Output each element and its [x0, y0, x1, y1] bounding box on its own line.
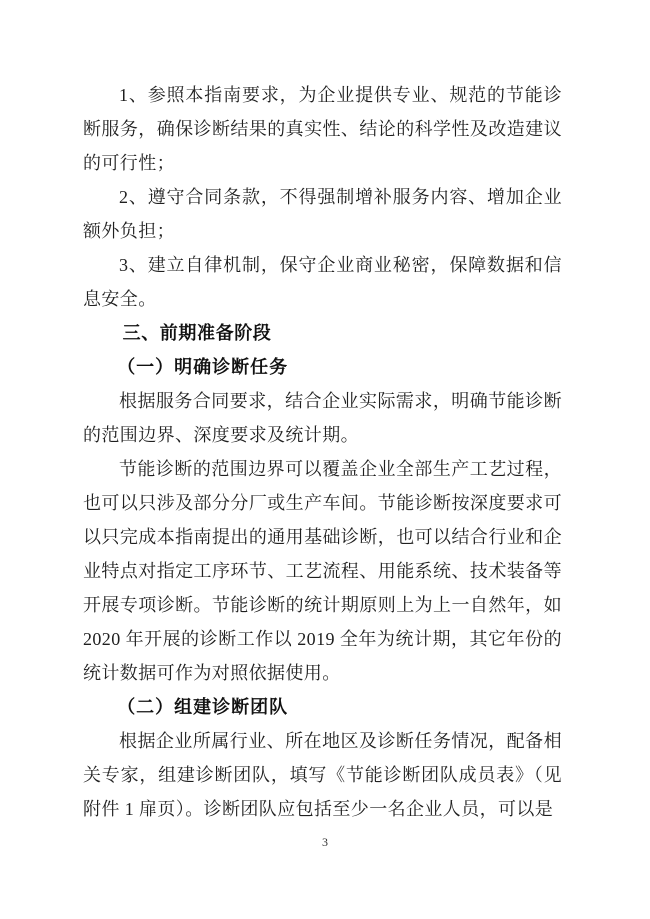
subsection-heading-clarify-diagnosis-task: （一）明确诊断任务 — [83, 350, 562, 384]
paragraph-diagnosis-task-2: 节能诊断的范围边界可以覆盖企业全部生产工艺过程，也可以只涉及部分分厂或生产车间。… — [83, 452, 562, 690]
subsection-heading-build-diagnosis-team: （二）组建诊断团队 — [83, 690, 562, 724]
document-page: 1、参照本指南要求，为企业提供专业、规范的节能诊断服务，确保诊断结果的真实性、结… — [0, 0, 650, 919]
section-heading-preparation-stage: 三、前期准备阶段 — [83, 316, 562, 350]
paragraph-diagnosis-team-1: 根据企业所属行业、所在地区及诊断任务情况，配备相关专家，组建诊断团队，填写《节能… — [83, 724, 562, 826]
numbered-item-2: 2、遵守合同条款，不得强制增补服务内容、增加企业额外负担； — [83, 180, 562, 248]
paragraph-diagnosis-task-1: 根据服务合同要求，结合企业实际需求，明确节能诊断的范围边界、深度要求及统计期。 — [83, 384, 562, 452]
numbered-item-1: 1、参照本指南要求，为企业提供专业、规范的节能诊断服务，确保诊断结果的真实性、结… — [83, 78, 562, 180]
document-body: 1、参照本指南要求，为企业提供专业、规范的节能诊断服务，确保诊断结果的真实性、结… — [83, 78, 562, 826]
numbered-item-3: 3、建立自律机制，保守企业商业秘密，保障数据和信息安全。 — [83, 248, 562, 316]
page-number: 3 — [0, 835, 650, 849]
